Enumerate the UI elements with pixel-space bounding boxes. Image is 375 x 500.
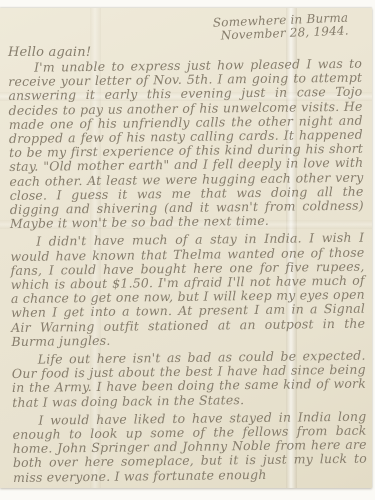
letter-content: Somewhere in Burma November 28, 1944. He… xyxy=(0,8,372,488)
letter-paragraph-2: I didn't have much of a stay in India. I… xyxy=(10,231,365,349)
letter-paragraph-3: Life out here isn't as bad as could be e… xyxy=(12,349,367,410)
scanned-letter-background: Somewhere in Burma November 28, 1944. He… xyxy=(0,0,375,500)
letter-body: I'm unable to express just how pleased I… xyxy=(8,57,367,485)
letter-paper: Somewhere in Burma November 28, 1944. He… xyxy=(0,8,372,488)
letter-heading: Somewhere in Burma November 28, 1944. xyxy=(8,11,363,51)
letter-paragraph-4: I would have liked to have stayed in Ind… xyxy=(12,410,367,485)
letter-paragraph-1: I'm unable to express just how pleased I… xyxy=(8,57,364,232)
